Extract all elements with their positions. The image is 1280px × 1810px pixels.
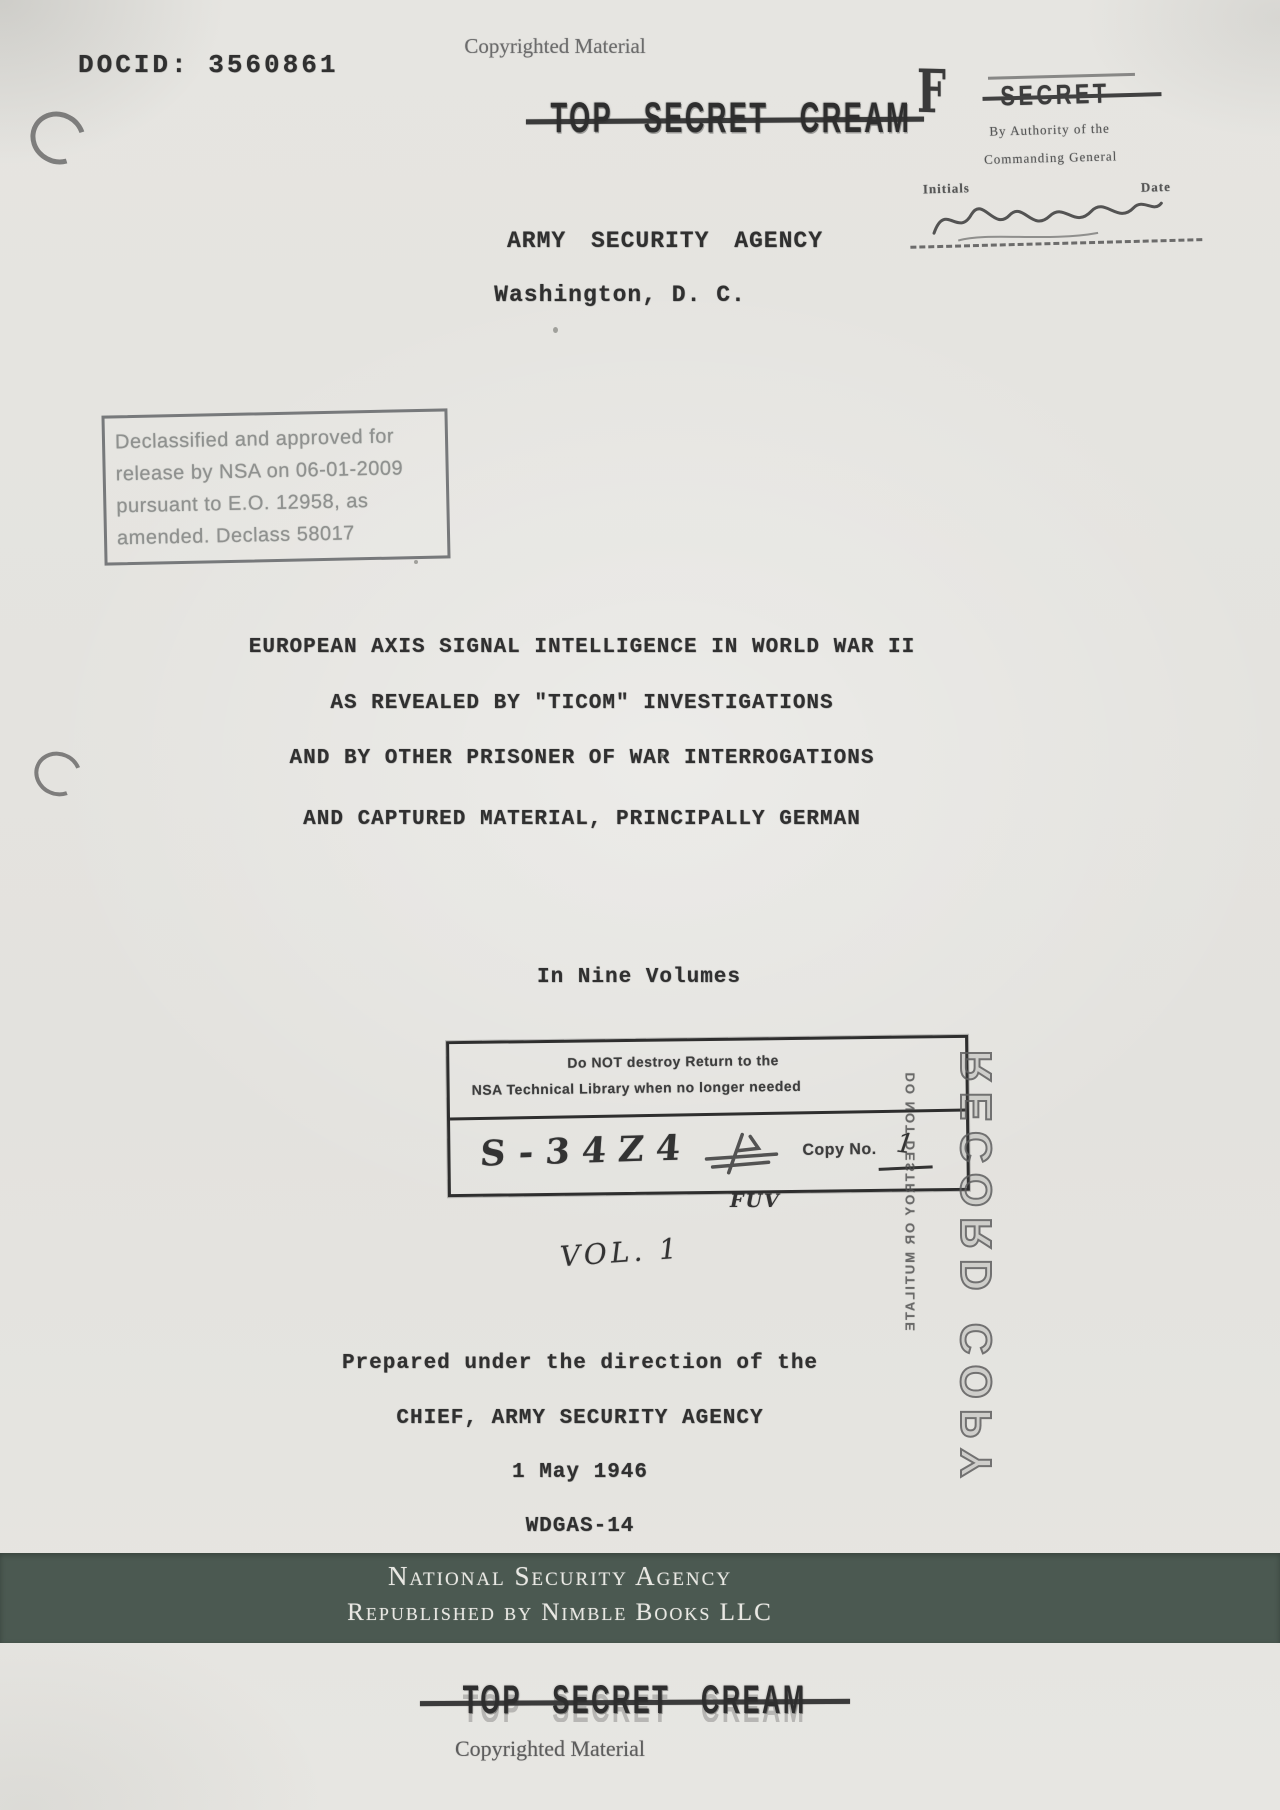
library-stamp: Do NOT destroy Return to the NSA Technic… (446, 1035, 970, 1197)
stamp-divider (450, 1108, 966, 1120)
copyright-notice-top: Copyrighted Material (400, 34, 710, 59)
library-stamp-line-2: NSA Technical Library when no longer nee… (472, 1078, 802, 1098)
title-line-4: AND CAPTURED MATERIAL, PRINCIPALLY GERMA… (0, 808, 1164, 831)
classification-stamp-bottom: TOP SECRET CREAM (448, 1674, 822, 1726)
classification-stamp-text: TOP SECRET CREAM (551, 94, 912, 143)
pen-f-mark: F (917, 56, 946, 127)
secret-struck-stamp: SECRET (994, 80, 1116, 111)
docid-label: DOCID: 3560861 (78, 50, 338, 80)
pen-circle-mark (21, 102, 95, 174)
document-title: EUROPEAN AXIS SIGNAL INTELLIGENCE IN WOR… (0, 636, 1164, 831)
imprint-line-2: CHIEF, ARMY SECURITY AGENCY (0, 1407, 1160, 1430)
classification-stamp-top: TOP SECRET CREAM (548, 92, 914, 144)
ink-speck (553, 327, 558, 333)
shelf-number-handwritten: S-34Z4 (479, 1127, 694, 1174)
pen-scribble (698, 1128, 785, 1179)
ink-speck (660, 753, 664, 758)
record-copy-stamp: RECORD COPY (952, 1050, 1002, 1380)
authority-stamp: F SECRET By Authority of the Commanding … (905, 52, 1202, 256)
classification-stamp-text: TOP SECRET CREAM (463, 1677, 807, 1723)
do-not-destroy-stamp: DO NOT DESTROY OR MUTILATE (903, 1073, 918, 1353)
authority-line-1: By Authority of the (989, 121, 1110, 140)
title-line-2: AS REVEALED BY "TICOM" INVESTIGATIONS (0, 692, 1164, 715)
ink-speck (414, 560, 418, 564)
imprint-date: 1 May 1946 (0, 1461, 1160, 1484)
declass-line-4: amended. Declass 58017 (117, 516, 438, 555)
publisher-line-1: National Security Agency (0, 1561, 1120, 1592)
title-line-1: EUROPEAN AXIS SIGNAL INTELLIGENCE IN WOR… (0, 636, 1164, 659)
volume-label-handwritten: VOL. 1 (559, 1232, 682, 1273)
library-stamp-line-1: Do NOT destroy Return to the (567, 1052, 779, 1071)
declass-line-2: release by NSA on 06-01-2009 (115, 452, 436, 491)
copy-number-label: Copy No. (802, 1141, 876, 1160)
agency-location: Washington, D. C. (452, 282, 788, 308)
authority-line-2: Commanding General (984, 148, 1118, 167)
imprint-code: WDGAS-14 (0, 1515, 1160, 1538)
scanned-document-page: DOCID: 3560861 Copyrighted Material TOP … (0, 0, 1280, 1810)
copyright-notice-bottom: Copyrighted Material (395, 1736, 705, 1762)
agency-name: ARMY SECURITY AGENCY (497, 228, 833, 254)
title-line-3: AND BY OTHER PRISONER OF WAR INTERROGATI… (0, 747, 1164, 770)
declassification-stamp: Declassified and approved for release by… (101, 408, 450, 565)
imprint-line-1: Prepared under the direction of the (0, 1352, 1160, 1375)
publisher-banner: National Security Agency Republished by … (0, 1553, 1280, 1643)
initials-handwritten: FUV (730, 1190, 781, 1212)
volumes-note: In Nine Volumes (478, 966, 800, 989)
publisher-line-2: Republished by Nimble Books LLC (0, 1599, 1120, 1627)
